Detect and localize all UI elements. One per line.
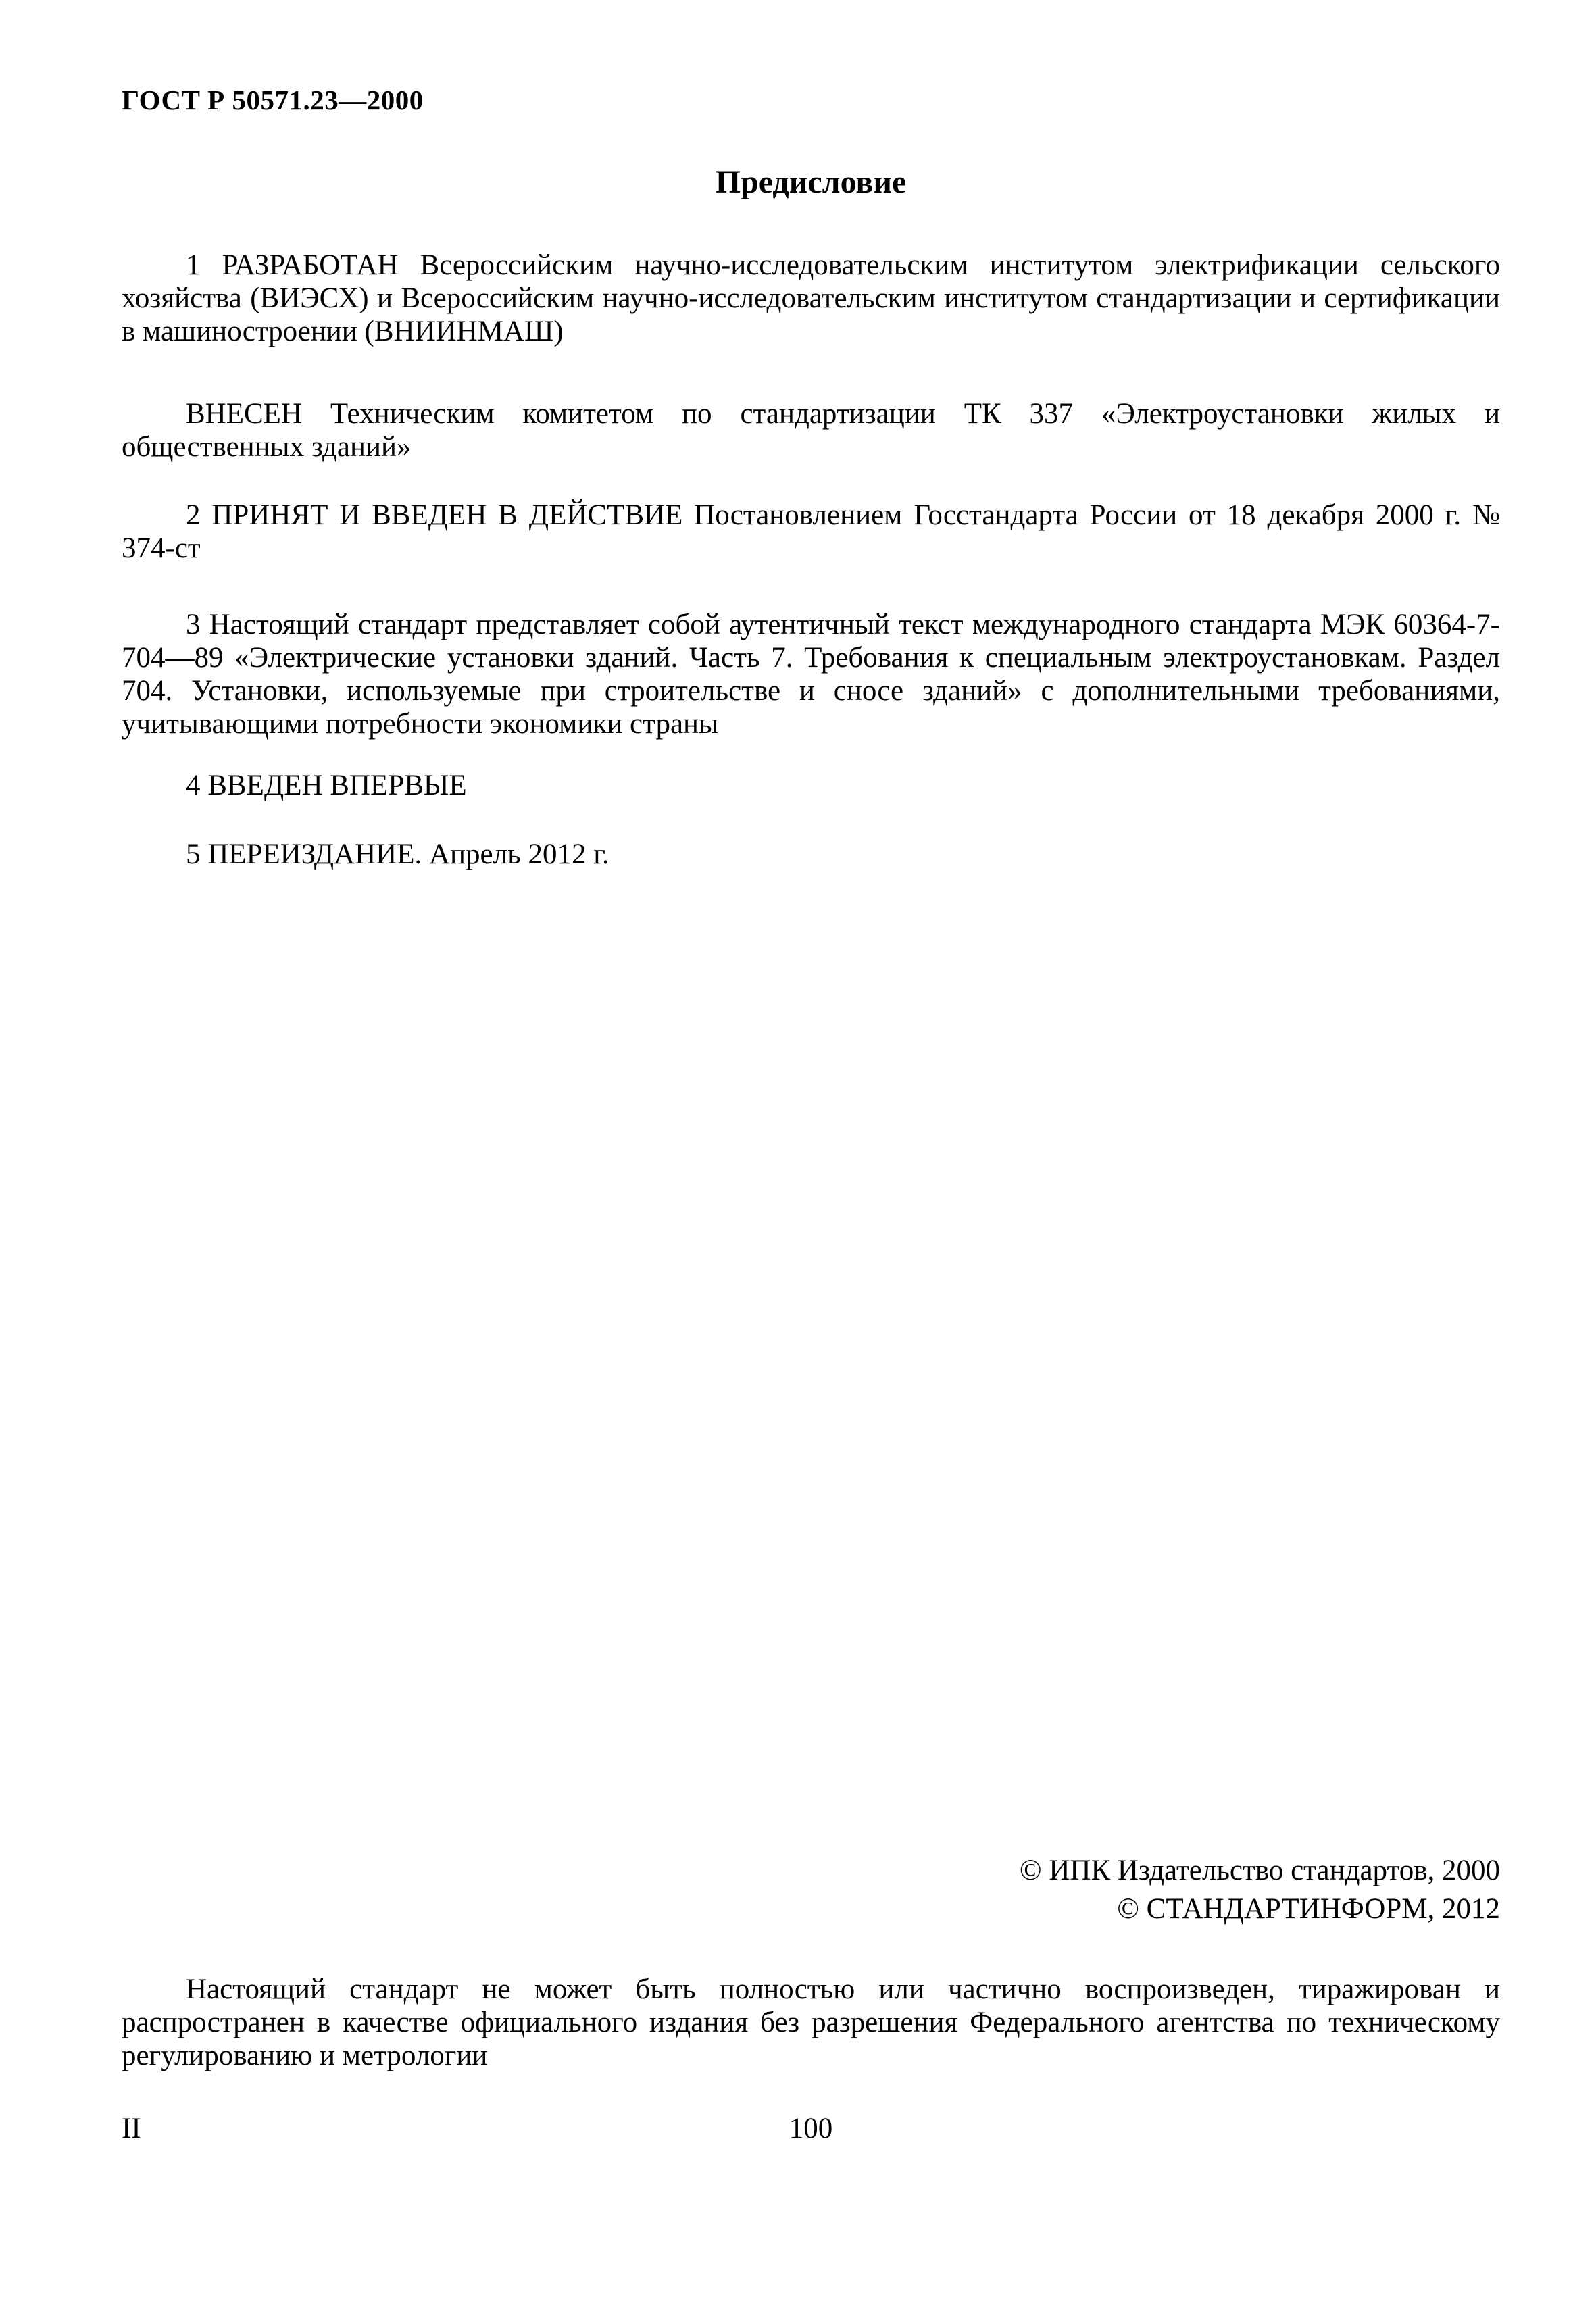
standard-designation: ГОСТ Р 50571.23—2000 [122, 84, 1500, 116]
copyright-block: © ИПК Издательство стандартов, 2000 © СТ… [122, 1851, 1500, 1928]
page-number-arabic: 100 [122, 2112, 1500, 2145]
document-page: ГОСТ Р 50571.23—2000 Предисловие 1 РАЗРА… [0, 0, 1596, 2314]
clause-adopted: 2 ПРИНЯТ И ВВЕДЕН В ДЕЙСТВИЕ Постановлен… [122, 499, 1500, 565]
copyright-standartinform: © СТАНДАРТИНФОРМ, 2012 [122, 1890, 1500, 1928]
clause-developed: 1 РАЗРАБОТАН Всероссийским научно-исслед… [122, 249, 1500, 348]
preface-title: Предисловие [122, 164, 1500, 201]
reproduction-notice: Настоящий стандарт не может быть полност… [122, 1973, 1500, 2072]
clause-first-edition: 4 ВВЕДЕН ВПЕРВЫЕ [122, 769, 1500, 802]
clause-reissue: 5 ПЕРЕИЗДАНИЕ. Апрель 2012 г. [122, 838, 1500, 871]
clause-equivalence: 3 Настоящий стандарт представляет собой … [122, 608, 1500, 740]
copyright-ipk: © ИПК Издательство стандартов, 2000 [122, 1851, 1500, 1890]
clause-submitted: ВНЕСЕН Техническим комитетом по стандарт… [122, 397, 1500, 463]
